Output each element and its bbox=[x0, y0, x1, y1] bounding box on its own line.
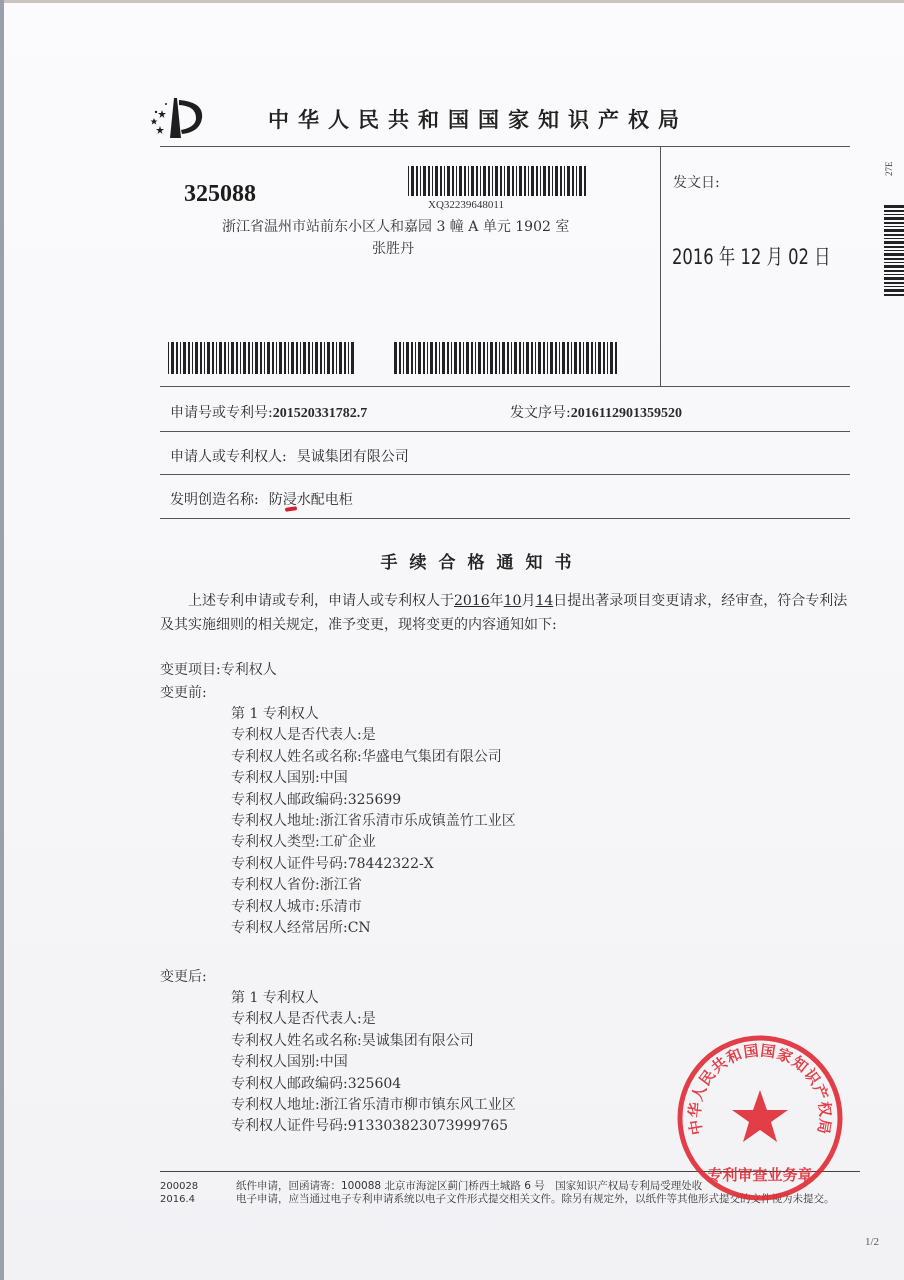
after-line: 第 1 专利权人 bbox=[231, 988, 516, 1009]
issue-date: 2016 年 12 月 02 日 bbox=[672, 241, 831, 271]
after-line: 专利权人是否代表人:是 bbox=[231, 1009, 516, 1030]
recipient-address: 浙江省温州市站前东小区人和嘉园 3 幢 A 单元 1902 室 bbox=[222, 216, 569, 236]
before-line: 专利权人姓名或名称:华盛电气集团有限公司 bbox=[231, 747, 516, 768]
before-line: 专利权人证件号码:78442322-X bbox=[231, 854, 516, 875]
address-block-divider bbox=[660, 146, 661, 386]
page-edge-left bbox=[0, 0, 4, 1280]
request-day: 14 bbox=[535, 593, 553, 609]
application-number-row: 申请号或专利号:201520331782.7 bbox=[170, 402, 367, 422]
paragraph-prefix: 上述专利申请或专利，申请人或专利权人于 bbox=[188, 593, 454, 609]
after-line: 专利权人国别:中国 bbox=[231, 1052, 516, 1073]
after-line: 专利权人姓名或名称:昊诚集团有限公司 bbox=[231, 1031, 516, 1052]
serial-number: 2016112901359520 bbox=[571, 406, 682, 421]
before-line: 专利权人地址:浙江省乐清市乐成镇盖竹工业区 bbox=[231, 811, 516, 832]
page-edge-top bbox=[0, 0, 904, 3]
fields-divider-bottom bbox=[160, 518, 850, 519]
sipo-logo-icon bbox=[146, 92, 208, 140]
serial-number-label: 发文序号: bbox=[510, 405, 571, 421]
issue-date-label: 发文日: bbox=[673, 172, 720, 192]
serial-number-row: 发文序号:2016112901359520 bbox=[510, 402, 682, 422]
form-date: 2016.4 bbox=[160, 1193, 198, 1206]
before-line: 专利权人经常居所:CN bbox=[231, 918, 516, 939]
application-number-label: 申请号或专利号: bbox=[170, 405, 273, 421]
fields-divider-2 bbox=[160, 474, 850, 475]
header-divider bbox=[160, 146, 850, 147]
before-line: 专利权人是否代表人:是 bbox=[231, 725, 516, 746]
invention-label: 发明创造名称: bbox=[170, 492, 259, 508]
before-line: 专利权人邮政编码:325699 bbox=[231, 790, 516, 811]
side-code: 27E bbox=[884, 162, 894, 177]
invention-name: 防浸水配电柜 bbox=[269, 492, 353, 508]
request-month: 10 bbox=[504, 593, 522, 609]
application-number: 201520331782.7 bbox=[273, 406, 368, 421]
month-unit: 月 bbox=[521, 593, 535, 609]
notice-paragraph: 上述专利申请或专利，申请人或专利权人于2016年10月14日提出著录项目变更请求… bbox=[160, 589, 860, 637]
fields-divider-top bbox=[160, 386, 850, 387]
before-details: 第 1 专利权人专利权人是否代表人:是专利权人姓名或名称:华盛电气集团有限公司专… bbox=[231, 704, 516, 939]
applicant-name: 昊诚集团有限公司 bbox=[297, 449, 409, 465]
after-label: 变更后: bbox=[160, 966, 207, 986]
side-barcode bbox=[884, 205, 904, 297]
request-year: 2016 bbox=[454, 593, 490, 609]
before-label: 变更前: bbox=[160, 682, 207, 702]
agency-title: 中华人民共和国国家知识产权局 bbox=[268, 104, 688, 134]
form-codes: 200028 2016.4 bbox=[160, 1180, 198, 1206]
recipient-name: 张胜丹 bbox=[372, 238, 414, 258]
applicant-label: 申请人或专利权人: bbox=[170, 449, 287, 465]
tracking-barcode-1 bbox=[168, 342, 354, 374]
before-line: 第 1 专利权人 bbox=[231, 704, 516, 725]
page-number: 1/2 bbox=[865, 1236, 879, 1248]
form-code: 200028 bbox=[160, 1180, 198, 1193]
official-seal-icon: 中华人民共和国国家知识产权局 专利审查业务章 bbox=[676, 1034, 844, 1202]
year-unit: 年 bbox=[490, 593, 504, 609]
barcode-caption: XQ32239648011 bbox=[428, 199, 504, 211]
after-line: 专利权人地址:浙江省乐清市柳市镇东风工业区 bbox=[231, 1095, 516, 1116]
svg-text:专利审查业务章: 专利审查业务章 bbox=[707, 1166, 812, 1184]
before-line: 专利权人城市:乐清市 bbox=[231, 897, 516, 918]
tracking-barcode-2 bbox=[394, 342, 618, 374]
applicant-row: 申请人或专利权人:昊诚集团有限公司 bbox=[170, 446, 409, 466]
before-line: 专利权人国别:中国 bbox=[231, 768, 516, 789]
before-line: 专利权人类型:工矿企业 bbox=[231, 832, 516, 853]
fields-divider-1 bbox=[160, 431, 850, 432]
change-item: 变更项目:专利权人 bbox=[160, 659, 277, 679]
after-details: 第 1 专利权人专利权人是否代表人:是专利权人姓名或名称:昊诚集团有限公司专利权… bbox=[231, 988, 516, 1138]
before-line: 专利权人省份:浙江省 bbox=[231, 875, 516, 896]
invention-row: 发明创造名称:防浸水配电柜 bbox=[170, 489, 353, 509]
after-line: 专利权人证件号码:913303823073999765 bbox=[231, 1116, 516, 1137]
mailing-barcode bbox=[408, 166, 588, 196]
after-line: 专利权人邮政编码:325604 bbox=[231, 1074, 516, 1095]
notice-title: 手续合格通知书 bbox=[0, 548, 904, 573]
postcode: 325088 bbox=[184, 181, 256, 208]
